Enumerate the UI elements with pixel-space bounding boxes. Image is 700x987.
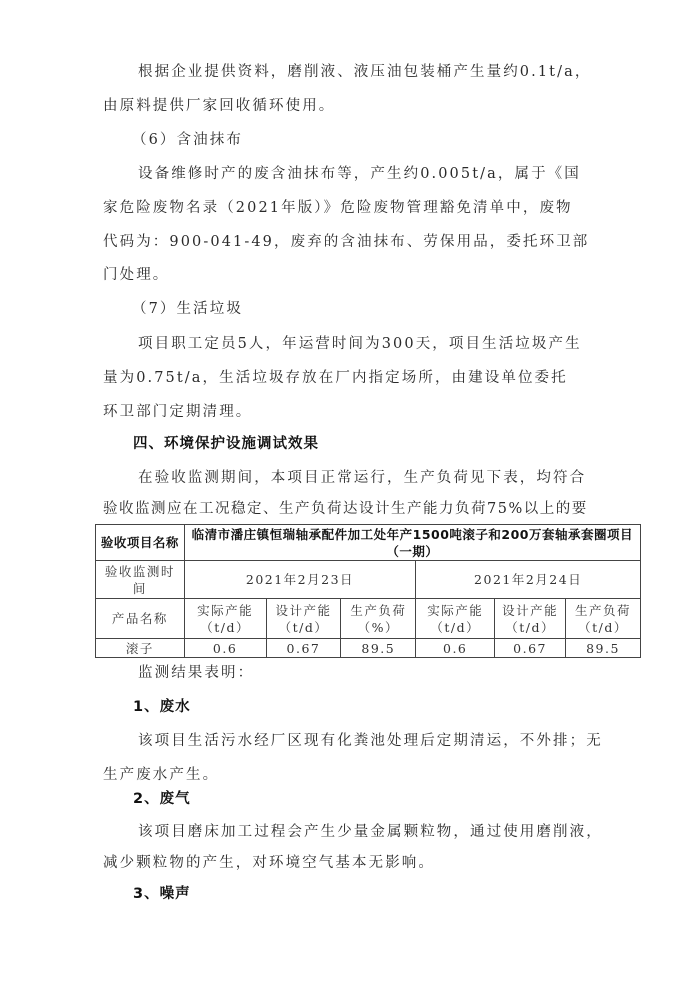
paragraph-line: 根据企业提供资料，磨削液、液压油包装桶产生量约0.1t/a， [138, 62, 591, 82]
paragraph-line: 该项目磨床加工过程会产生少量金属颗粒物，通过使用磨削液， [138, 822, 603, 842]
table-cell: 0.6 [184, 639, 266, 658]
paragraph-line: 门处理。 [103, 265, 169, 285]
paragraph-line: 量为0.75t/a，生活垃圾存放在厂内指定场所，由建设单位委托 [103, 368, 568, 388]
subheading-7: （7）生活垃圾 [132, 299, 243, 319]
project-name-value: 临清市潘庄镇恒瑞轴承配件加工处年产1500吨滚子和200万套轴承套圈项目（一期） [184, 525, 640, 561]
date-2: 2021年2月24日 [416, 561, 641, 599]
date-1: 2021年2月23日 [184, 561, 416, 599]
project-name-label: 验收项目名称 [96, 525, 185, 561]
table-cell: 0.67 [495, 639, 566, 658]
table-cell: 滚子 [96, 639, 185, 658]
table-cell: 89.5 [566, 639, 641, 658]
section-heading: 四、环境保护设施调试效果 [133, 434, 319, 454]
paragraph-line: 代码为：900-041-49，废弃的含油抹布、劳保用品，委托环卫部 [103, 232, 589, 252]
table-cell: 0.67 [266, 639, 341, 658]
table-cell: 0.6 [416, 639, 495, 658]
paragraph-line: 验收监测应在工况稳定、生产负荷达设计生产能力负荷75%以上的要 [103, 499, 588, 519]
subsection-heading-noise: 3、噪声 [133, 884, 191, 904]
subsection-heading-wastewater: 1、废水 [133, 697, 191, 717]
paragraph-line: 该项目生活污水经厂区现有化粪池处理后定期清运，不外排；无 [138, 731, 603, 751]
column-header: 实际产能（t/d） [416, 599, 495, 639]
product-name-label: 产品名称 [96, 599, 185, 639]
column-header: 实际产能（t/d） [184, 599, 266, 639]
paragraph-line: 设备维修时产的废含油抹布等，产生约0.005t/a，属于《国 [138, 164, 581, 184]
paragraph-line: 由原料提供厂家回收循环使用。 [103, 96, 335, 116]
subheading-6: （6）含油抹布 [132, 130, 243, 150]
paragraph-line: 家危险废物名录（2021年版）》危险废物管理豁免清单中，废物 [103, 198, 573, 218]
column-header: 设计产能（t/d） [495, 599, 566, 639]
paragraph-line: 环卫部门定期清理。 [103, 402, 252, 422]
paragraph-line: 减少颗粒物的产生，对环境空气基本无影响。 [103, 853, 435, 873]
paragraph-line: 生产废水产生。 [103, 765, 219, 785]
paragraph-line: 项目职工定员5人，年运营时间为300天，项目生活垃圾产生 [138, 334, 582, 354]
column-header: 生产负荷（t/d） [566, 599, 641, 639]
production-load-table: 验收项目名称 临清市潘庄镇恒瑞轴承配件加工处年产1500吨滚子和200万套轴承套… [95, 524, 641, 658]
monitoring-time-label: 验收监测时间 [96, 561, 185, 599]
column-header: 设计产能（t/d） [266, 599, 341, 639]
paragraph-line: 监测结果表明： [138, 663, 254, 683]
column-header: 生产负荷（%） [341, 599, 416, 639]
table-row: 滚子 0.6 0.67 89.5 0.6 0.67 89.5 [96, 639, 641, 658]
paragraph-line: 在验收监测期间，本项目正常运行，生产负荷见下表，均符合 [138, 468, 586, 488]
table-cell: 89.5 [341, 639, 416, 658]
subsection-heading-exhaust: 2、废气 [133, 789, 191, 809]
